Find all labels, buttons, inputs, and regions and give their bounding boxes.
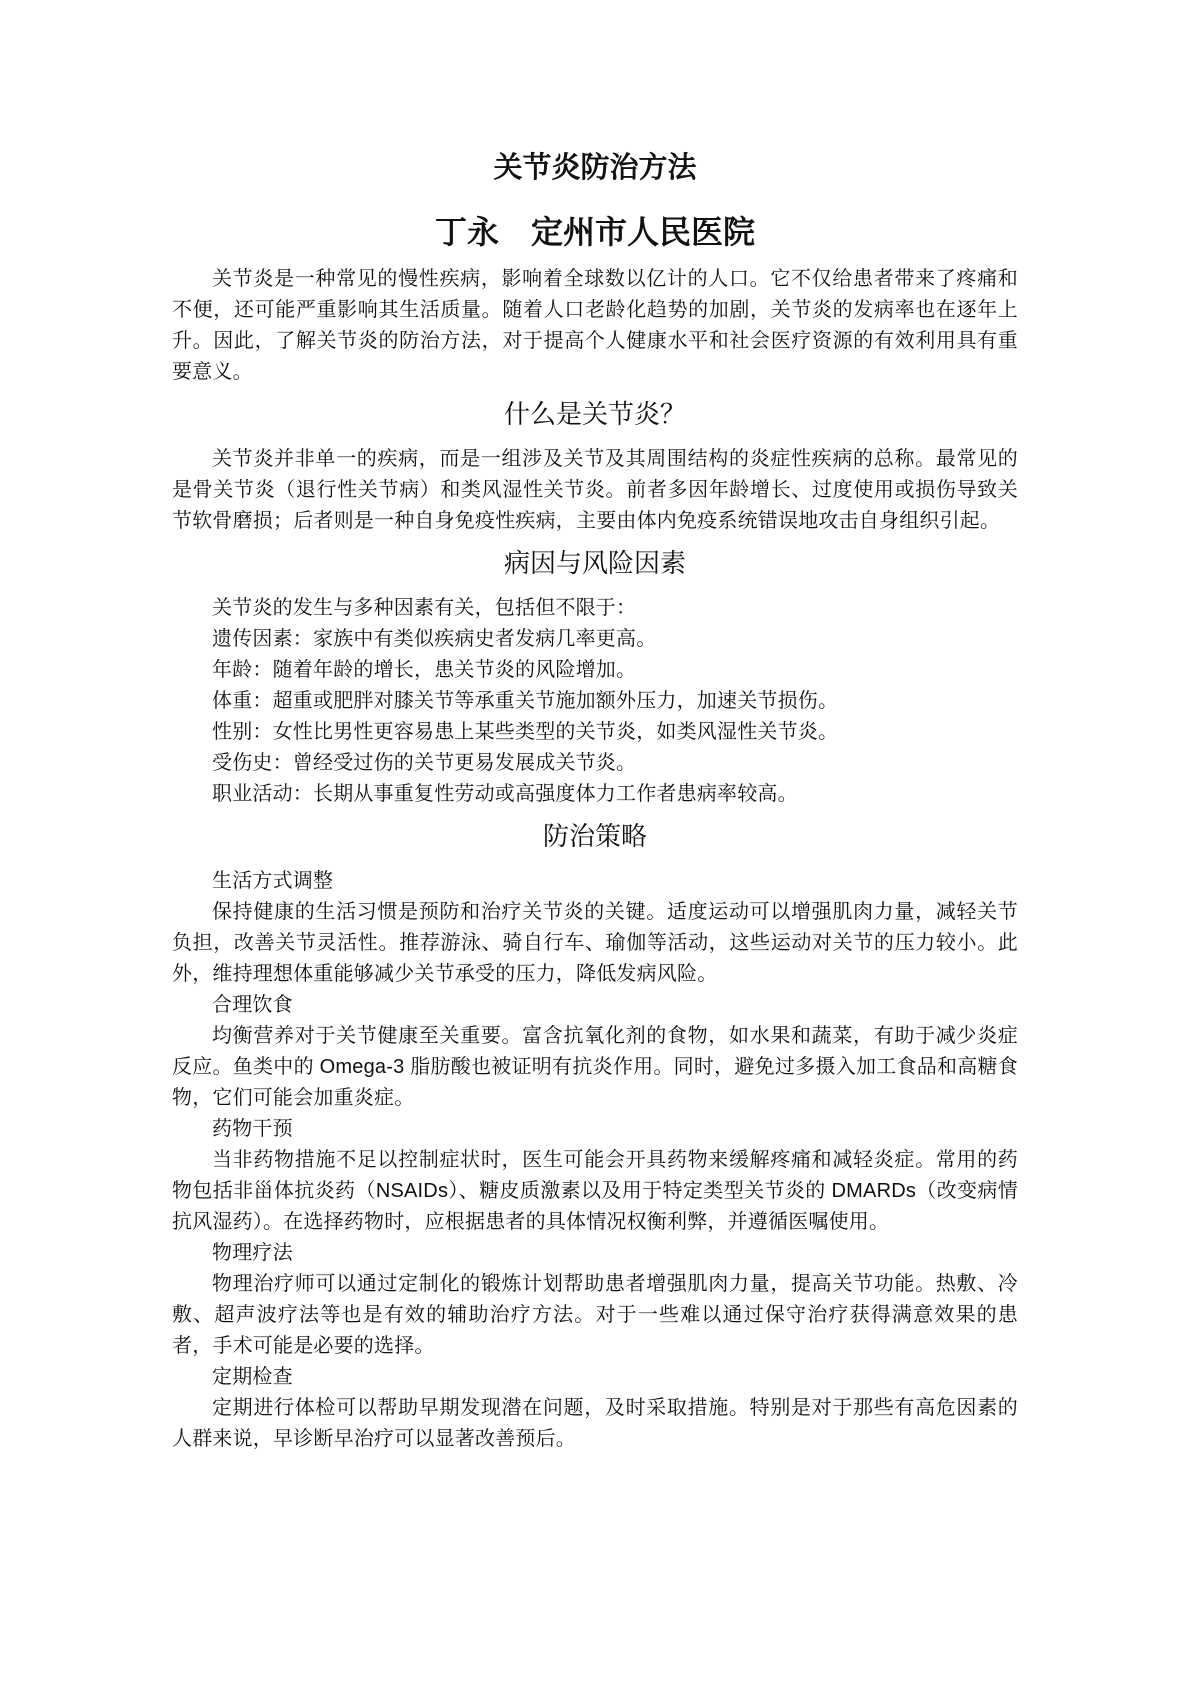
section-heading-what-is-arthritis: 什么是关节炎？ — [172, 396, 1018, 432]
risk-factor-line-genetics: 遗传因素：家族中有类似疾病史者发病几率更高。 — [172, 624, 1018, 655]
document-byline: 丁永 定州市人民医院 — [172, 210, 1018, 254]
intro-paragraph: 关节炎是一种常见的慢性疾病，影响着全球数以亿计的人口。它不仅给患者带来了疼痛和不… — [172, 264, 1018, 388]
subheading-medication: 药物干预 — [172, 1114, 1018, 1145]
subheading-lifestyle: 生活方式调整 — [172, 866, 1018, 897]
risk-factor-line-occupation: 职业活动：长期从事重复性劳动或高强度体力工作者患病率较高。 — [172, 779, 1018, 810]
what-is-arthritis-paragraph: 关节炎并非单一的疾病，而是一组涉及关节及其周围结构的炎症性疾病的总称。最常见的是… — [172, 444, 1018, 537]
subheading-regular-checkup: 定期检查 — [172, 1362, 1018, 1393]
diet-paragraph: 均衡营养对于关节健康至关重要。富含抗氧化剂的食物，如水果和蔬菜，有助于减少炎症反… — [172, 1021, 1018, 1114]
lifestyle-paragraph: 保持健康的生活习惯是预防和治疗关节炎的关键。适度运动可以增强肌肉力量，减轻关节负… — [172, 897, 1018, 990]
subheading-diet: 合理饮食 — [172, 990, 1018, 1021]
subheading-physical-therapy: 物理疗法 — [172, 1238, 1018, 1269]
section-heading-strategies: 防治策略 — [172, 818, 1018, 854]
risk-factors-lead-line: 关节炎的发生与多种因素有关，包括但不限于： — [172, 593, 1018, 624]
risk-factor-line-age: 年龄：随着年龄的增长，患关节炎的风险增加。 — [172, 655, 1018, 686]
document-page: 关节炎防治方法 丁永 定州市人民医院 关节炎是一种常见的慢性疾病，影响着全球数以… — [0, 0, 1190, 1683]
document-title: 关节炎防治方法 — [172, 148, 1018, 188]
physical-therapy-paragraph: 物理治疗师可以通过定制化的锻炼计划帮助患者增强肌肉力量，提高关节功能。热敷、冷敷… — [172, 1269, 1018, 1362]
section-heading-risk-factors: 病因与风险因素 — [172, 545, 1018, 581]
risk-factor-line-injury-history: 受伤史：曾经受过伤的关节更易发展成关节炎。 — [172, 748, 1018, 779]
risk-factor-line-weight: 体重：超重或肥胖对膝关节等承重关节施加额外压力，加速关节损伤。 — [172, 686, 1018, 717]
regular-checkup-paragraph: 定期进行体检可以帮助早期发现潜在问题，及时采取措施。特别是对于那些有高危因素的人… — [172, 1393, 1018, 1455]
medication-paragraph: 当非药物措施不足以控制症状时，医生可能会开具药物来缓解疼痛和减轻炎症。常用的药物… — [172, 1145, 1018, 1238]
risk-factor-line-gender: 性别：女性比男性更容易患上某些类型的关节炎，如类风湿性关节炎。 — [172, 717, 1018, 748]
